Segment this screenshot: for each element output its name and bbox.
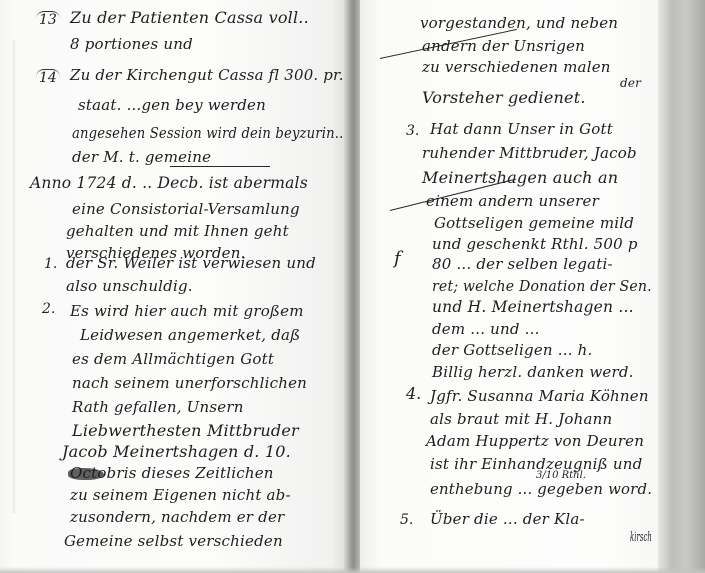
entry-marker-13: 13 (36, 11, 60, 28)
right-page: vorgestanden, und neben andern der Unsri… (360, 0, 660, 573)
text-line: nach seinem unerforschlichen (72, 374, 307, 392)
text-line: staat. ...gen bey werden (78, 96, 266, 114)
text-line: der M. t. gemeine (72, 148, 211, 166)
text-line: dem ... und ... (432, 320, 540, 338)
text-line: der (620, 76, 641, 90)
text-line: zu seinem Eigenen nicht ab- (70, 486, 291, 504)
text-line: Über die ... der Kla- (430, 510, 585, 528)
text-line: der Sr. Weiler ist verwiesen und (66, 254, 316, 272)
text-line: Rath gefallen, Unsern (72, 398, 244, 416)
text-line: angesehen Session wird dein beyzurin.. (72, 124, 344, 142)
entry-marker-3: 3. (406, 123, 419, 139)
text-line: Zu der Patienten Cassa voll.. (70, 8, 309, 27)
text-line: einem andern unserer (426, 192, 599, 210)
text-line: Billig herzl. danken werd. (432, 363, 634, 381)
text-line: Liebwerthesten Mittbruder (72, 421, 299, 440)
text-line: und geschenkt Rthl. 500 p (432, 235, 638, 253)
text-line: Leidwesen angemerket, daß (80, 326, 300, 344)
page-stack-edge (658, 0, 705, 573)
book-bottom-edge (0, 567, 705, 573)
text-line: Adam Huppertz von Deuren (426, 432, 644, 450)
text-line: Hat dann Unser in Gott (430, 120, 613, 138)
text-line: als braut mit H. Johann (430, 410, 612, 428)
text-line: Meinertshagen auch an (422, 168, 618, 187)
text-line: kirsch (630, 530, 652, 545)
text-line: Es wird hier auch mit großem (70, 302, 304, 320)
entry-marker-5: 5. (400, 512, 413, 528)
entry-marker-1: 1. (44, 256, 57, 272)
entry-marker-2: 2. (42, 301, 55, 317)
text-line: zusondern, nachdem er der (70, 508, 284, 526)
text-line: Jgfr. Susanna Maria Köhnen (430, 387, 649, 405)
text-line: zu verschiedenen malen (422, 58, 611, 76)
text-line: 80 ... der selben legati- (432, 255, 613, 273)
text-line: eine Consistorial-Versamlung (72, 200, 300, 218)
text-line: es dem Allmächtigen Gott (72, 350, 274, 368)
text-line: Gemeine selbst verschieden (64, 532, 283, 550)
text-line: 8 portiones und (70, 35, 193, 53)
text-line: Zu der Kirchengut Cassa fl 300. pr. (70, 66, 344, 84)
text-line: also unschuldig. (66, 277, 193, 295)
flourish-line (170, 166, 270, 167)
text-line: enthebung ... gegeben word. (430, 480, 652, 498)
entry-marker-4: 4. (406, 384, 421, 403)
text-line: der Gottseligen ... h. (432, 341, 592, 359)
text-line: und H. Meinertshagen ... (432, 298, 634, 316)
text-line: Vorsteher gedienet. (422, 88, 586, 107)
open-manuscript-book: 13 Zu der Patienten Cassa voll.. 8 porti… (0, 0, 705, 573)
text-line: Jacob Meinertshagen d. 10. (62, 442, 291, 461)
entry-marker-14: 14 (36, 69, 60, 86)
text-line: ruhender Mittbruder, Jacob (422, 144, 637, 162)
text-line: Octobris dieses Zeitlichen (70, 464, 274, 482)
text-line: gehalten und mit Ihnen geht (66, 222, 289, 240)
left-page: 13 Zu der Patienten Cassa voll.. 8 porti… (0, 0, 352, 573)
text-line: Anno 1724 d. .. Decb. ist abermals (30, 174, 308, 192)
text-line: vorgestanden, und neben (420, 14, 618, 32)
text-line: ret; welche Donation der Sen. (432, 277, 652, 295)
text-line: andern der Unsrigen (422, 37, 585, 55)
text-line: Gottseligen gemeine mild (434, 214, 634, 232)
entry-marker-f: f (394, 248, 401, 269)
